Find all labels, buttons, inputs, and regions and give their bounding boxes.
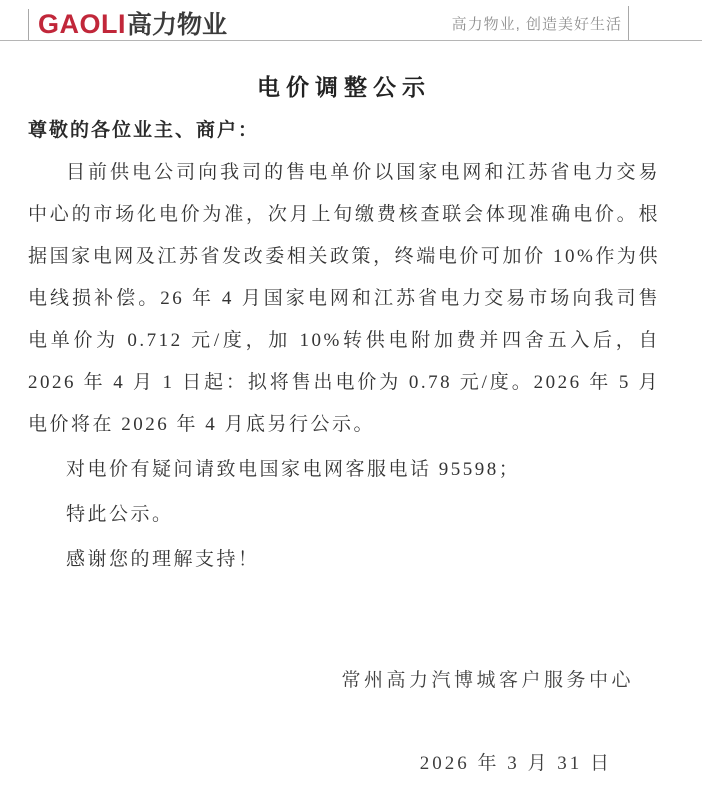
notice-paragraph-main: 目前供电公司向我司的售电单价以国家电网和江苏省电力交易中心的市场化电价为准，次月… bbox=[28, 152, 660, 446]
signature: 常州高力汽博城客户服务中心 bbox=[28, 665, 660, 692]
brand-logo: GAOLI 高力物业 bbox=[28, 9, 227, 40]
notice-paragraph-thanks: 感谢您的理解支持！ bbox=[28, 539, 660, 581]
brand-tagline: 高力物业, 创造美好生活 bbox=[452, 13, 622, 34]
notice-paragraph-hotline: 对电价有疑问请致电国家电网客服电话 95598； bbox=[28, 449, 660, 491]
notice-date: 2026 年 3 月 31 日 bbox=[28, 748, 660, 775]
salutation: 尊敬的各位业主、商户： bbox=[28, 118, 660, 144]
letterhead: GAOLI 高力物业 高力物业, 创造美好生活 bbox=[0, 0, 702, 41]
notice-page: GAOLI 高力物业 高力物业, 创造美好生活 电价调整公示 尊敬的各位业主、商… bbox=[0, 0, 702, 800]
notice-title: 电价调整公示 bbox=[28, 69, 660, 102]
brand-logo-chinese: 高力物业 bbox=[127, 10, 227, 40]
notice-body: 电价调整公示 尊敬的各位业主、商户： 目前供电公司向我司的售电单价以国家电网和江… bbox=[0, 69, 702, 775]
brand-tagline-wrap: 高力物业, 创造美好生活 bbox=[452, 6, 629, 40]
notice-paragraph-hereby: 特此公示。 bbox=[28, 494, 660, 536]
brand-logo-text: GAOLI bbox=[38, 9, 126, 39]
